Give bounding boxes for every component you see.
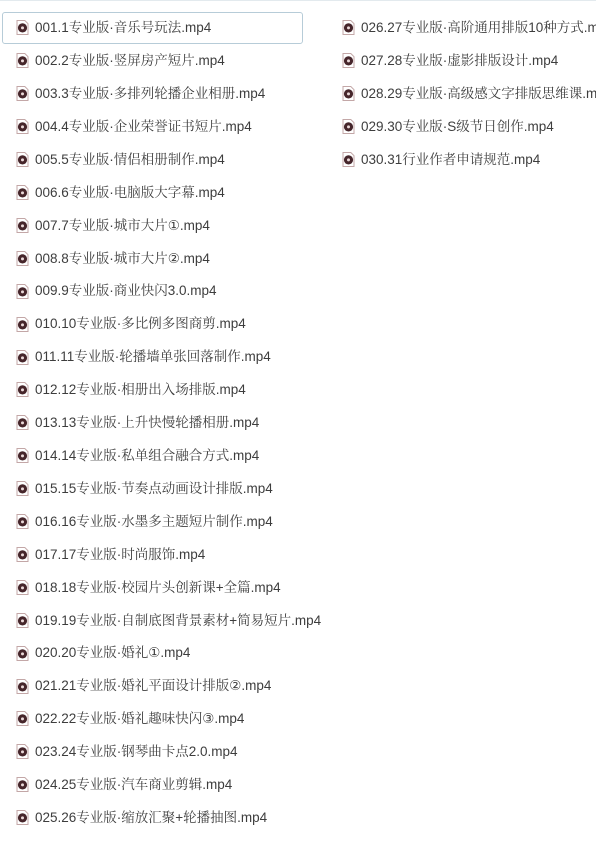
video-file-icon (16, 679, 29, 694)
file-name: 012.12专业版·相册出入场排版.mp4 (35, 383, 246, 397)
file-name: 004.4专业版·企业荣誉证书短片.mp4 (35, 120, 252, 134)
file-row[interactable]: 017.17专业版·时尚服饰.mp4 (2, 538, 303, 571)
video-file-icon (16, 218, 29, 233)
video-file-icon (16, 711, 29, 726)
file-name: 009.9专业版·商业快闪3.0.mp4 (35, 284, 217, 298)
file-name: 026.27专业版·高阶通用排版10种方式.mp4 (361, 21, 596, 35)
file-row[interactable]: 007.7专业版·城市大片①.mp4 (2, 209, 303, 242)
file-name: 013.13专业版·上升快慢轮播相册.mp4 (35, 416, 259, 430)
file-name: 027.28专业版·虚影排版设计.mp4 (361, 54, 558, 68)
file-row[interactable]: 025.26专业版·缩放汇聚+轮播抽图.mp4 (2, 801, 303, 834)
file-row[interactable]: 006.6专业版·电脑版大字幕.mp4 (2, 176, 303, 209)
file-row[interactable]: 021.21专业版·婚礼平面设计排版②.mp4 (2, 670, 303, 703)
video-file-icon (16, 251, 29, 266)
video-file-icon (16, 777, 29, 792)
file-list-page: 001.1专业版·音乐号玩法.mp4 002.2专业版·竖屏房产短片.mp4 0… (0, 0, 596, 843)
file-name: 003.3专业版·多排列轮播企业相册.mp4 (35, 87, 265, 101)
file-row[interactable]: 028.29专业版·高级感文字排版思维课.mp4 (328, 77, 594, 110)
file-name: 029.30专业版·S级节日创作.mp4 (361, 120, 554, 134)
video-file-icon (16, 284, 29, 299)
file-name: 030.31行业作者申请规范.mp4 (361, 153, 540, 167)
file-row[interactable]: 022.22专业版·婚礼趣味快闪③.mp4 (2, 703, 303, 736)
file-name: 017.17专业版·时尚服饰.mp4 (35, 548, 205, 562)
file-name: 023.24专业版·钢琴曲卡点2.0.mp4 (35, 745, 238, 759)
video-file-icon (342, 53, 355, 68)
video-file-icon (16, 646, 29, 661)
top-border-line (0, 0, 596, 1)
file-row[interactable]: 008.8专业版·城市大片②.mp4 (2, 242, 303, 275)
video-file-icon (16, 810, 29, 825)
file-row[interactable]: 004.4专业版·企业荣誉证书短片.mp4 (2, 110, 303, 143)
file-name: 020.20专业版·婚礼①.mp4 (35, 646, 190, 660)
file-row[interactable]: 030.31行业作者申请规范.mp4 (328, 143, 594, 176)
file-row[interactable]: 020.20专业版·婚礼①.mp4 (2, 637, 303, 670)
video-file-icon (16, 481, 29, 496)
file-row[interactable]: 003.3专业版·多排列轮播企业相册.mp4 (2, 77, 303, 110)
video-file-icon (16, 53, 29, 68)
file-name: 022.22专业版·婚礼趣味快闪③.mp4 (35, 712, 244, 726)
video-file-icon (16, 744, 29, 759)
file-name: 019.19专业版·自制底图背景素材+简易短片.mp4 (35, 614, 321, 628)
video-file-icon (342, 20, 355, 35)
file-row[interactable]: 012.12专业版·相册出入场排版.mp4 (2, 373, 303, 406)
file-row[interactable]: 016.16专业版·水墨多主题短片制作.mp4 (2, 505, 303, 538)
video-file-icon (342, 86, 355, 101)
video-file-icon (16, 382, 29, 397)
file-row[interactable]: 026.27专业版·高阶通用排版10种方式.mp4 (328, 12, 594, 45)
file-name: 018.18专业版·校园片头创新课+全篇.mp4 (35, 581, 281, 595)
video-file-icon (16, 514, 29, 529)
video-file-icon (16, 317, 29, 332)
file-name: 025.26专业版·缩放汇聚+轮播抽图.mp4 (35, 811, 267, 825)
file-row[interactable]: 018.18专业版·校园片头创新课+全篇.mp4 (2, 571, 303, 604)
file-name: 021.21专业版·婚礼平面设计排版②.mp4 (35, 679, 271, 693)
video-file-icon (16, 185, 29, 200)
file-name: 002.2专业版·竖屏房产短片.mp4 (35, 54, 225, 68)
file-name: 008.8专业版·城市大片②.mp4 (35, 252, 210, 266)
file-name: 005.5专业版·情侣相册制作.mp4 (35, 153, 225, 167)
video-file-icon (16, 415, 29, 430)
file-row[interactable]: 014.14专业版·私单组合融合方式.mp4 (2, 439, 303, 472)
file-row[interactable]: 013.13专业版·上升快慢轮播相册.mp4 (2, 406, 303, 439)
file-name: 028.29专业版·高级感文字排版思维课.mp4 (361, 87, 596, 101)
file-name: 001.1专业版·音乐号玩法.mp4 (35, 21, 211, 35)
video-file-icon (16, 350, 29, 365)
file-row[interactable]: 023.24专业版·钢琴曲卡点2.0.mp4 (2, 735, 303, 768)
video-file-icon (16, 580, 29, 595)
file-row[interactable]: 024.25专业版·汽车商业剪辑.mp4 (2, 768, 303, 801)
file-name: 024.25专业版·汽车商业剪辑.mp4 (35, 778, 232, 792)
file-name: 006.6专业版·电脑版大字幕.mp4 (35, 186, 225, 200)
video-file-icon (16, 152, 29, 167)
video-file-icon (16, 20, 29, 35)
file-row[interactable]: 002.2专业版·竖屏房产短片.mp4 (2, 44, 303, 77)
file-name: 016.16专业版·水墨多主题短片制作.mp4 (35, 515, 273, 529)
file-list-column-right: 026.27专业版·高阶通用排版10种方式.mp4 027.28专业版·虚影排版… (328, 12, 594, 177)
video-file-icon (16, 547, 29, 562)
video-file-icon (16, 119, 29, 134)
video-file-icon (16, 448, 29, 463)
file-name: 011.11专业版·轮播墙单张回落制作.mp4 (35, 350, 271, 364)
file-row[interactable]: 005.5专业版·情侣相册制作.mp4 (2, 143, 303, 176)
file-row[interactable]: 015.15专业版·节奏点动画设计排版.mp4 (2, 472, 303, 505)
file-row[interactable]: 011.11专业版·轮播墙单张回落制作.mp4 (2, 341, 303, 374)
file-list-column-left: 001.1专业版·音乐号玩法.mp4 002.2专业版·竖屏房产短片.mp4 0… (2, 12, 303, 835)
file-row[interactable]: 010.10专业版·多比例多图商剪.mp4 (2, 308, 303, 341)
file-name: 007.7专业版·城市大片①.mp4 (35, 219, 210, 233)
video-file-icon (342, 119, 355, 134)
file-row[interactable]: 027.28专业版·虚影排版设计.mp4 (328, 44, 594, 77)
file-row[interactable]: 029.30专业版·S级节日创作.mp4 (328, 110, 594, 143)
video-file-icon (16, 86, 29, 101)
file-row[interactable]: 019.19专业版·自制底图背景素材+简易短片.mp4 (2, 604, 303, 637)
video-file-icon (16, 613, 29, 628)
file-name: 014.14专业版·私单组合融合方式.mp4 (35, 449, 259, 463)
file-row[interactable]: 001.1专业版·音乐号玩法.mp4 (2, 12, 303, 45)
file-row[interactable]: 009.9专业版·商业快闪3.0.mp4 (2, 275, 303, 308)
video-file-icon (342, 152, 355, 167)
file-name: 015.15专业版·节奏点动画设计排版.mp4 (35, 482, 273, 496)
file-name: 010.10专业版·多比例多图商剪.mp4 (35, 317, 246, 331)
